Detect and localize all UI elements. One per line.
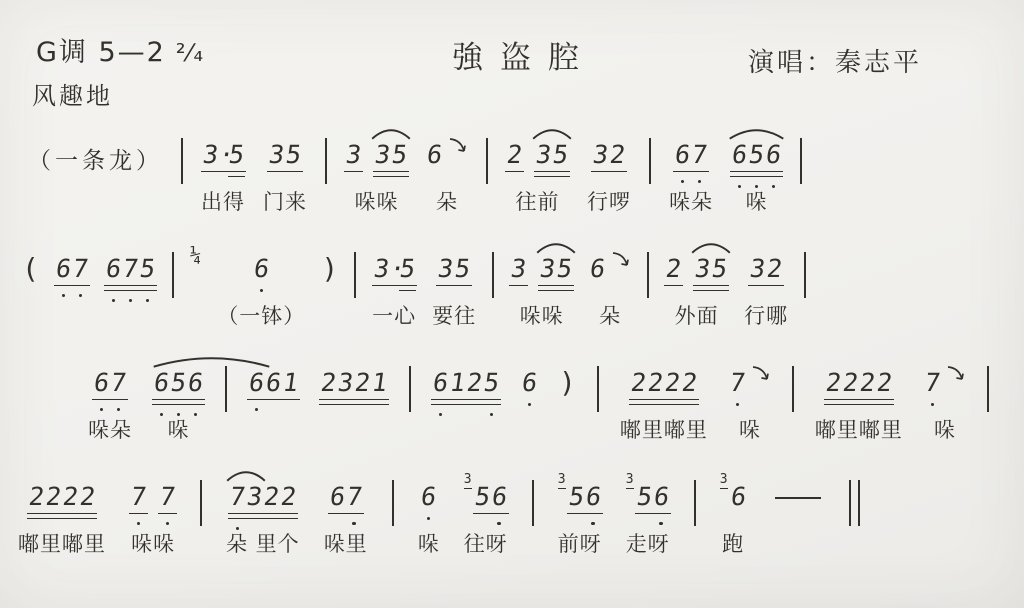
time-signature: ²⁄₄ xyxy=(176,39,205,67)
lyric-text: 往呀 xyxy=(464,528,508,558)
octave-dot xyxy=(62,294,66,298)
note-group: 656 xyxy=(731,140,782,170)
lyric-text: 哚里 xyxy=(324,528,368,558)
note-group: 2 xyxy=(506,140,523,170)
note-digits: 56 xyxy=(636,482,670,512)
note-digits: 2321 xyxy=(320,368,388,398)
tie-slur xyxy=(691,241,731,254)
beam-line xyxy=(54,285,90,286)
parenthesis-mark: ) xyxy=(321,254,338,284)
note-digits: 2222 xyxy=(825,368,893,398)
note-group: 656 xyxy=(153,368,204,398)
note-char: 5 xyxy=(389,140,410,170)
lyric-text: 哚朵 xyxy=(88,414,132,444)
octave-dot xyxy=(129,299,133,303)
note-char: 5 xyxy=(481,368,502,398)
note-row: 6 xyxy=(589,254,631,284)
grace-note: 3 xyxy=(558,473,566,489)
beam-line xyxy=(228,513,298,514)
lyric-text: 哚 xyxy=(739,414,761,444)
beam-line xyxy=(629,404,699,405)
barline xyxy=(200,480,202,526)
octave-dot xyxy=(79,294,83,298)
note-group: 67 xyxy=(93,368,127,398)
beam-line xyxy=(629,399,699,400)
note-row: 7 xyxy=(729,368,771,398)
music-line-2: (67675¼6（一钵）)3·5一心35要往335哚哚6朵235外面32行哪 xyxy=(22,254,806,330)
beam-line xyxy=(319,399,389,400)
beam-line xyxy=(344,171,363,172)
note-cell: 661 xyxy=(248,368,299,398)
note-digits: 32 xyxy=(749,254,783,284)
note-char: 7 xyxy=(70,254,91,284)
note-row: 7322 xyxy=(229,482,297,512)
duration-dash xyxy=(775,497,821,499)
lyric-text: 行啰 xyxy=(587,186,631,216)
beam-line xyxy=(534,176,570,177)
barline xyxy=(694,480,696,526)
lyric-text: 要往 xyxy=(432,300,476,330)
lyric-text: 一心 xyxy=(372,300,416,330)
note-group: 35 xyxy=(437,254,471,284)
octave-dot xyxy=(427,517,431,521)
note-group: 7 xyxy=(159,482,176,512)
section-label: （一条龙） xyxy=(28,142,163,175)
note-group: 6 xyxy=(589,254,631,284)
note-digits: 56 xyxy=(568,482,602,512)
octave-dot xyxy=(352,522,356,526)
note-row: 3·5 xyxy=(202,140,245,170)
note-row: 32 xyxy=(749,254,783,284)
note-row: 6 xyxy=(521,368,538,398)
note-group: 6125 xyxy=(432,368,500,398)
note-cell: 67哚里 xyxy=(324,482,368,558)
barline xyxy=(804,252,806,298)
beam-line xyxy=(505,171,524,172)
note-char: 2 xyxy=(764,254,785,284)
note-group: 356 xyxy=(626,482,670,512)
note-group: 32 xyxy=(749,254,783,284)
octave-dot xyxy=(681,180,685,184)
beam-line xyxy=(730,171,783,172)
note-row: 35 xyxy=(268,140,302,170)
note-group: 6 xyxy=(253,254,270,284)
note-digits: 6 xyxy=(426,140,443,170)
note-digits: 35 xyxy=(374,140,408,170)
barline xyxy=(987,366,989,412)
note-cell: 6（一钵） xyxy=(217,254,305,330)
octave-dot xyxy=(931,403,935,407)
beam-line xyxy=(228,518,298,519)
note-group: 2222 xyxy=(28,482,96,512)
note-char: 1 xyxy=(280,368,301,398)
note-row: 356 xyxy=(626,482,670,512)
note-group: 36 xyxy=(720,482,747,512)
tie-slur-long xyxy=(150,355,273,368)
note-group: 35 xyxy=(694,254,728,284)
note-digits: 7322 xyxy=(229,482,297,512)
lyric-text: 哚哚 xyxy=(520,300,564,330)
tie-slur xyxy=(371,127,411,140)
lyric-text: 出得 xyxy=(201,186,245,216)
beam-line xyxy=(431,404,501,405)
key-text: G调 5—2 xyxy=(36,37,166,68)
barline xyxy=(647,252,649,298)
beam-line xyxy=(373,171,409,172)
note-digits: 67 xyxy=(329,482,363,512)
note-char: 2 xyxy=(77,482,98,512)
note-digits: 7 xyxy=(924,368,941,398)
note-row: 656 xyxy=(153,368,204,398)
note-digits: 3·5 xyxy=(373,254,416,284)
note-char: 7 xyxy=(727,368,748,398)
note-row: 67 xyxy=(329,482,363,512)
note-digits: 661 xyxy=(248,368,299,398)
octave-dot xyxy=(146,299,150,303)
note-char: 6 xyxy=(418,482,439,512)
lyric-text: 朵 xyxy=(599,300,621,330)
note-digits: 656 xyxy=(731,140,782,170)
lyric-text: 走呀 xyxy=(626,528,670,558)
note-char: 5 xyxy=(283,140,304,170)
note-char: 2 xyxy=(504,140,525,170)
note-cell: 3·5一心 xyxy=(372,254,416,330)
note-char: 6 xyxy=(582,482,603,512)
octave-dot xyxy=(117,408,121,412)
note-row: 67 xyxy=(93,368,127,398)
barline xyxy=(597,366,599,412)
octave-dot xyxy=(137,522,141,526)
note-cell: 6朵 xyxy=(589,254,631,330)
music-line-1: （一条龙）3·5出得35门来335哚哚6朵235往前32行啰67哚朵656哚 xyxy=(28,140,802,216)
note-row: 235 xyxy=(506,140,569,170)
beam-line xyxy=(328,513,364,514)
barline xyxy=(181,138,183,184)
beam-line xyxy=(104,290,157,291)
note-row: 77 xyxy=(130,482,176,512)
note-digits: 656 xyxy=(153,368,204,398)
note-group: 35 xyxy=(268,140,302,170)
song-title: 強盗腔 xyxy=(452,32,596,77)
note-cell: 67哚朵 xyxy=(669,140,713,216)
note-group: 6 xyxy=(521,368,538,398)
note-group: 7 xyxy=(729,368,771,398)
octave-dot xyxy=(738,185,742,189)
beam-line xyxy=(693,290,729,291)
performer-credit: 演唱：秦志平 xyxy=(748,42,922,79)
beam-line xyxy=(436,285,472,286)
note-cell: 675 xyxy=(105,254,156,284)
note-cell: 67哚朵 xyxy=(88,368,132,444)
beam-line xyxy=(431,399,501,400)
barline xyxy=(392,480,394,526)
note-char: 5 xyxy=(709,254,730,284)
note-char: 2 xyxy=(679,368,700,398)
lyric-text: 前呀 xyxy=(558,528,602,558)
slide-arrow-wrap xyxy=(946,363,966,389)
note-digits: 35 xyxy=(539,254,573,284)
grace-note: 3 xyxy=(720,473,728,489)
note-cell: 356走呀 xyxy=(626,482,670,558)
octave-dot xyxy=(439,413,443,417)
note-group: 6 xyxy=(420,482,437,512)
note-digits: 2 xyxy=(665,254,682,284)
note-row: 675 xyxy=(105,254,156,284)
note-char: 7 xyxy=(344,482,365,512)
note-cell: 2321 xyxy=(320,368,388,398)
beam-line xyxy=(534,171,570,172)
note-digits: 3 xyxy=(510,254,527,284)
note-group: 7322 xyxy=(229,482,297,512)
lyric-text: 哚 xyxy=(418,528,440,558)
note-group: 7 xyxy=(130,482,147,512)
beam-line xyxy=(635,513,671,514)
note-row: 6 xyxy=(426,140,468,170)
slide-down-arrow xyxy=(946,363,966,385)
octave-dot xyxy=(528,403,532,407)
note-char: 1 xyxy=(369,368,390,398)
note-char: 5 xyxy=(397,254,418,284)
lyric-text: 跑 xyxy=(722,528,744,558)
beam-line xyxy=(228,176,245,177)
note-row: 3·5 xyxy=(373,254,416,284)
slide-arrow-wrap xyxy=(751,363,771,389)
note-cell: 6朵 xyxy=(426,140,468,216)
octave-dot xyxy=(255,408,259,412)
note-char: 6 xyxy=(519,368,540,398)
note-row: 67 xyxy=(55,254,89,284)
note-row: 2222 xyxy=(28,482,96,512)
note-digits: 6 xyxy=(253,254,270,284)
note-digits: 35 xyxy=(694,254,728,284)
beam-line xyxy=(201,171,246,172)
beam-line xyxy=(27,518,97,519)
note-char: 5 xyxy=(452,254,473,284)
note-digits: 3·5 xyxy=(202,140,245,170)
note-cell: 35门来 xyxy=(263,140,307,216)
note-row: 661 xyxy=(248,368,299,398)
note-cell: 656哚 xyxy=(731,140,782,216)
lyric-text: 外面 xyxy=(675,300,719,330)
note-cell: 6哚 xyxy=(418,482,440,558)
lyric-text: 往前 xyxy=(516,186,560,216)
note-row: 656 xyxy=(731,140,782,170)
note-char: 2 xyxy=(607,140,628,170)
note-digits: 35 xyxy=(268,140,302,170)
octave-dot xyxy=(497,522,501,526)
note-char: 7 xyxy=(128,482,149,512)
note-digits: 6 xyxy=(420,482,437,512)
slide-down-arrow xyxy=(751,363,771,385)
barline xyxy=(325,138,327,184)
octave-dot xyxy=(112,299,116,303)
note-cell: 67 xyxy=(55,254,89,284)
note-group: 6 xyxy=(426,140,468,170)
barline xyxy=(354,252,356,298)
note-row: 335 xyxy=(345,140,408,170)
octave-dot xyxy=(100,408,104,412)
beam-line xyxy=(372,285,417,286)
tie-slur xyxy=(728,127,785,140)
note-row: 356 xyxy=(558,482,602,512)
beam-line xyxy=(373,176,409,177)
note-group: 661 xyxy=(248,368,299,398)
grace-note: 3 xyxy=(626,473,634,489)
note-row: 36 xyxy=(720,482,747,512)
slide-arrow-wrap xyxy=(611,249,631,275)
note-cell: 2222嘟里嘟里 xyxy=(18,482,106,558)
beam-line xyxy=(730,176,783,177)
note-cell: 36跑 xyxy=(720,482,747,558)
note-group: 2222 xyxy=(825,368,893,398)
octave-dot xyxy=(194,413,198,417)
note-group: 2 xyxy=(665,254,682,284)
note-cell: 6 xyxy=(521,368,538,398)
beam-line xyxy=(693,285,729,286)
beam-line xyxy=(92,399,128,400)
note-char: 2 xyxy=(278,482,299,512)
note-char: 5 xyxy=(550,140,571,170)
lyric-text: 朵 里个 xyxy=(226,528,300,558)
lyric-text: 哚 xyxy=(168,414,190,444)
barline xyxy=(649,138,651,184)
note-cell: 356往呀 xyxy=(464,482,508,558)
note-cell: 335哚哚 xyxy=(510,254,573,330)
beam-line xyxy=(158,513,177,514)
grace-note: 3 xyxy=(464,473,472,489)
note-row: 356 xyxy=(464,482,508,512)
note-group: 2321 xyxy=(320,368,388,398)
barline xyxy=(225,366,227,412)
barline xyxy=(800,138,802,184)
note-digits: 6125 xyxy=(432,368,500,398)
note-cell: 2222嘟里嘟里 xyxy=(815,368,903,444)
note-cell: 656哚 xyxy=(153,368,204,444)
note-row: 6 xyxy=(420,482,437,512)
meter-change: ¼ xyxy=(190,244,201,266)
beam-line xyxy=(748,285,784,286)
beam-line xyxy=(104,285,157,286)
note-char: 2 xyxy=(874,368,895,398)
beam-line xyxy=(319,404,389,405)
beam-line xyxy=(509,285,528,286)
note-digits: 2 xyxy=(506,140,523,170)
note-char: 6 xyxy=(424,140,445,170)
note-group: 32 xyxy=(592,140,626,170)
note-row: 32 xyxy=(592,140,626,170)
lyric-text: 哚 xyxy=(746,186,768,216)
barline xyxy=(172,252,174,298)
note-char: 7 xyxy=(689,140,710,170)
note-char: 6 xyxy=(763,140,784,170)
music-line-3: 67哚朵656哚661232161256)2222嘟里嘟里7哚2222嘟里嘟里7… xyxy=(88,368,989,444)
tie-slur-partial xyxy=(226,469,266,482)
note-char: 6 xyxy=(251,254,272,284)
lyric-text: （一钵） xyxy=(217,300,305,330)
tie-slur xyxy=(532,127,572,140)
octave-dot xyxy=(166,522,170,526)
octave-dot xyxy=(160,413,164,417)
note-group: 675 xyxy=(105,254,156,284)
note-digits: 6 xyxy=(521,368,538,398)
beam-line xyxy=(538,290,574,291)
note-char: 5 xyxy=(554,254,575,284)
lyric-text: 朵 xyxy=(436,186,458,216)
sheet-music-page: G调 5—2²⁄₄ 风趣地 強盗腔 演唱：秦志平 （一条龙）3·5出得35门来3… xyxy=(0,0,1024,608)
note-char: 6 xyxy=(488,482,509,512)
beam-line xyxy=(152,399,205,400)
note-group: 356 xyxy=(558,482,602,512)
tempo-marking: 风趣地 xyxy=(32,76,113,111)
note-group: 67 xyxy=(674,140,708,170)
note-cell: 32行啰 xyxy=(587,140,631,216)
note-digits: 2222 xyxy=(630,368,698,398)
note-digits: 67 xyxy=(55,254,89,284)
note-group: 35 xyxy=(539,254,573,284)
note-cell: 335哚哚 xyxy=(345,140,408,216)
beam-line xyxy=(664,285,683,286)
lyric-text: 嘟里嘟里 xyxy=(18,528,106,558)
beam-line xyxy=(673,171,709,172)
octave-dot xyxy=(260,289,264,293)
octave-dot xyxy=(591,522,595,526)
note-digits: 67 xyxy=(674,140,708,170)
note-digits: 7 xyxy=(159,482,176,512)
note-row: 335 xyxy=(510,254,573,284)
music-line-4: 2222嘟里嘟里77哚哚7322朵 里个67哚里6哚356往呀356前呀356走… xyxy=(18,482,860,558)
note-digits: 6 xyxy=(730,482,747,512)
note-char: 6 xyxy=(650,482,671,512)
note-digits: 35 xyxy=(535,140,569,170)
note-group: 2222 xyxy=(630,368,698,398)
note-group: 3 xyxy=(345,140,362,170)
lyric-text: 哚 xyxy=(934,414,956,444)
note-char: 6 xyxy=(587,254,608,284)
tie-slur xyxy=(536,241,576,254)
note-group: 67 xyxy=(55,254,89,284)
note-digits: 2222 xyxy=(28,482,96,512)
note-cell: 7哚 xyxy=(729,368,771,444)
note-group: 7 xyxy=(924,368,966,398)
parenthesis-mark: ( xyxy=(22,254,39,284)
octave-dot xyxy=(698,180,702,184)
note-group: 35 xyxy=(374,140,408,170)
note-group: 35 xyxy=(535,140,569,170)
note-group: 356 xyxy=(464,482,508,512)
parenthesis-mark: ) xyxy=(559,368,576,398)
lyric-text: 门来 xyxy=(263,186,307,216)
note-row: 7 xyxy=(924,368,966,398)
note-row: 35 xyxy=(437,254,471,284)
beam-line xyxy=(399,290,416,291)
barline xyxy=(532,480,534,526)
note-digits: 675 xyxy=(105,254,156,284)
beam-line xyxy=(824,404,894,405)
barline xyxy=(409,366,411,412)
note-row: 6125 xyxy=(432,368,500,398)
note-cell: 235往前 xyxy=(506,140,569,216)
note-char: 2 xyxy=(663,254,684,284)
note-digits: 7 xyxy=(130,482,147,512)
note-digits: 56 xyxy=(474,482,508,512)
beam-line xyxy=(129,513,148,514)
beam-line xyxy=(247,399,300,400)
note-digits: 67 xyxy=(93,368,127,398)
lyric-text: 哚哚 xyxy=(131,528,175,558)
beam-line xyxy=(27,513,97,514)
note-cell: 7322朵 里个 xyxy=(226,482,300,558)
note-cell: 6125 xyxy=(432,368,500,398)
